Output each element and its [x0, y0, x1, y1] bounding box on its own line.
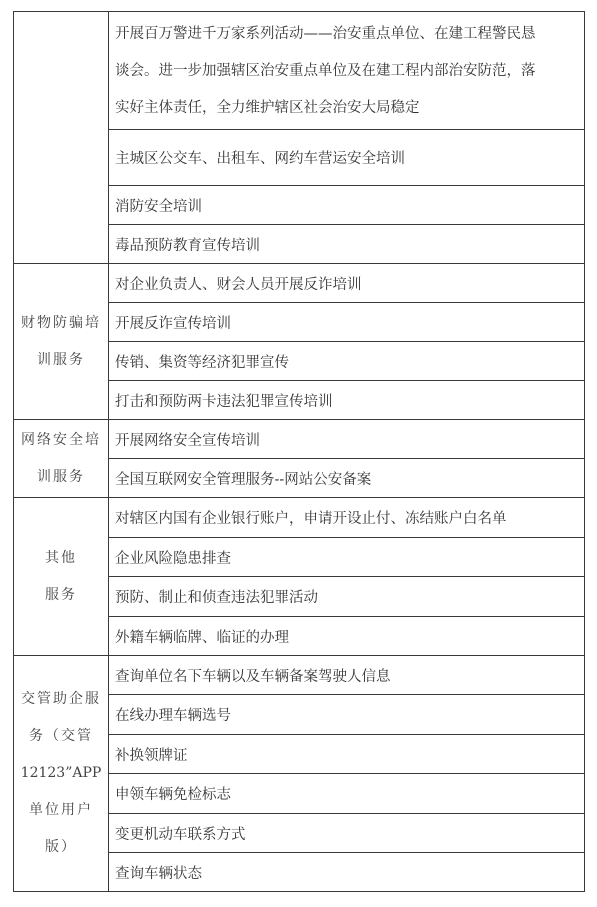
category-label-line: 版）	[14, 829, 108, 866]
item-cell: 开展反诈宣传培训	[109, 303, 585, 342]
item-cell: 变更机动车联系方式	[109, 814, 585, 853]
category-label-line: 交管助企服	[14, 681, 108, 718]
item-cell: 对辖区内国有企业银行账户，申请开设止付、冻结账户白名单	[109, 498, 585, 538]
category-label-line: 训服务	[14, 459, 108, 496]
table-row: 开展百万警进千万家系列活动——治安重点单位、在建工程警民恳 谈会。进一步加强辖区…	[14, 12, 585, 130]
item-cell: 在线办理车辆选号	[109, 695, 585, 735]
category-cell-network-security: 网络安全培 训服务	[14, 420, 109, 498]
item-text-line: 开展百万警进千万家系列活动——治安重点单位、在建工程警民恳	[115, 16, 580, 53]
category-label-line: 务（交管	[14, 718, 108, 755]
services-table: 开展百万警进千万家系列活动——治安重点单位、在建工程警民恳 谈会。进一步加强辖区…	[13, 11, 585, 892]
item-cell: 打击和预防两卡违法犯罪宣传培训	[109, 381, 585, 420]
category-label-line: 训服务	[14, 342, 108, 379]
category-label-line: 网络安全培	[14, 422, 108, 459]
table-row: 交管助企服 务（交管 12123”APP 单位用户 版） 查询单位名下车辆以及车…	[14, 656, 585, 695]
item-cell: 消防安全培训	[109, 186, 585, 225]
item-cell: 传销、集资等经济犯罪宣传	[109, 342, 585, 381]
category-cell-traffic-services: 交管助企服 务（交管 12123”APP 单位用户 版）	[14, 656, 109, 892]
category-label-line: 财物防骗培	[14, 305, 108, 342]
item-cell: 对企业负责人、财会人员开展反诈培训	[109, 264, 585, 303]
item-cell: 全国互联网安全管理服务--网站公安备案	[109, 459, 585, 498]
category-cell-other-services: 其他 服务	[14, 498, 109, 656]
item-cell: 开展网络安全宣传培训	[109, 420, 585, 459]
item-cell: 开展百万警进千万家系列活动——治安重点单位、在建工程警民恳 谈会。进一步加强辖区…	[109, 12, 585, 130]
item-cell: 补换领牌证	[109, 735, 585, 774]
category-label-line: 其他	[14, 540, 108, 577]
item-cell: 预防、制止和侦查违法犯罪活动	[109, 577, 585, 617]
item-text-line: 谈会。进一步加强辖区治安重点单位及在建工程内部治安防范，落	[115, 53, 580, 90]
item-cell: 毒品预防教育宣传培训	[109, 225, 585, 264]
item-cell: 查询单位名下车辆以及车辆备案驾驶人信息	[109, 656, 585, 695]
table-row: 其他 服务 对辖区内国有企业银行账户，申请开设止付、冻结账户白名单	[14, 498, 585, 538]
category-label-line: 单位用户	[14, 792, 108, 829]
item-text-line: 实好主体责任，全力维护辖区社会治安大局稳定	[115, 90, 580, 127]
category-label-line: 12123”APP	[14, 755, 108, 792]
category-cell-empty	[14, 12, 109, 264]
item-cell: 企业风险隐患排查	[109, 538, 585, 577]
item-cell: 主城区公交车、出租车、网约车营运安全培训	[109, 130, 585, 186]
table-row: 财物防骗培 训服务 对企业负责人、财会人员开展反诈培训	[14, 264, 585, 303]
item-cell: 查询车辆状态	[109, 853, 585, 892]
item-cell: 申领车辆免检标志	[109, 774, 585, 814]
item-cell: 外籍车辆临牌、临证的办理	[109, 617, 585, 656]
category-cell-fraud-prevention: 财物防骗培 训服务	[14, 264, 109, 420]
table-row: 网络安全培 训服务 开展网络安全宣传培训	[14, 420, 585, 459]
category-label-line: 服务	[14, 577, 108, 614]
